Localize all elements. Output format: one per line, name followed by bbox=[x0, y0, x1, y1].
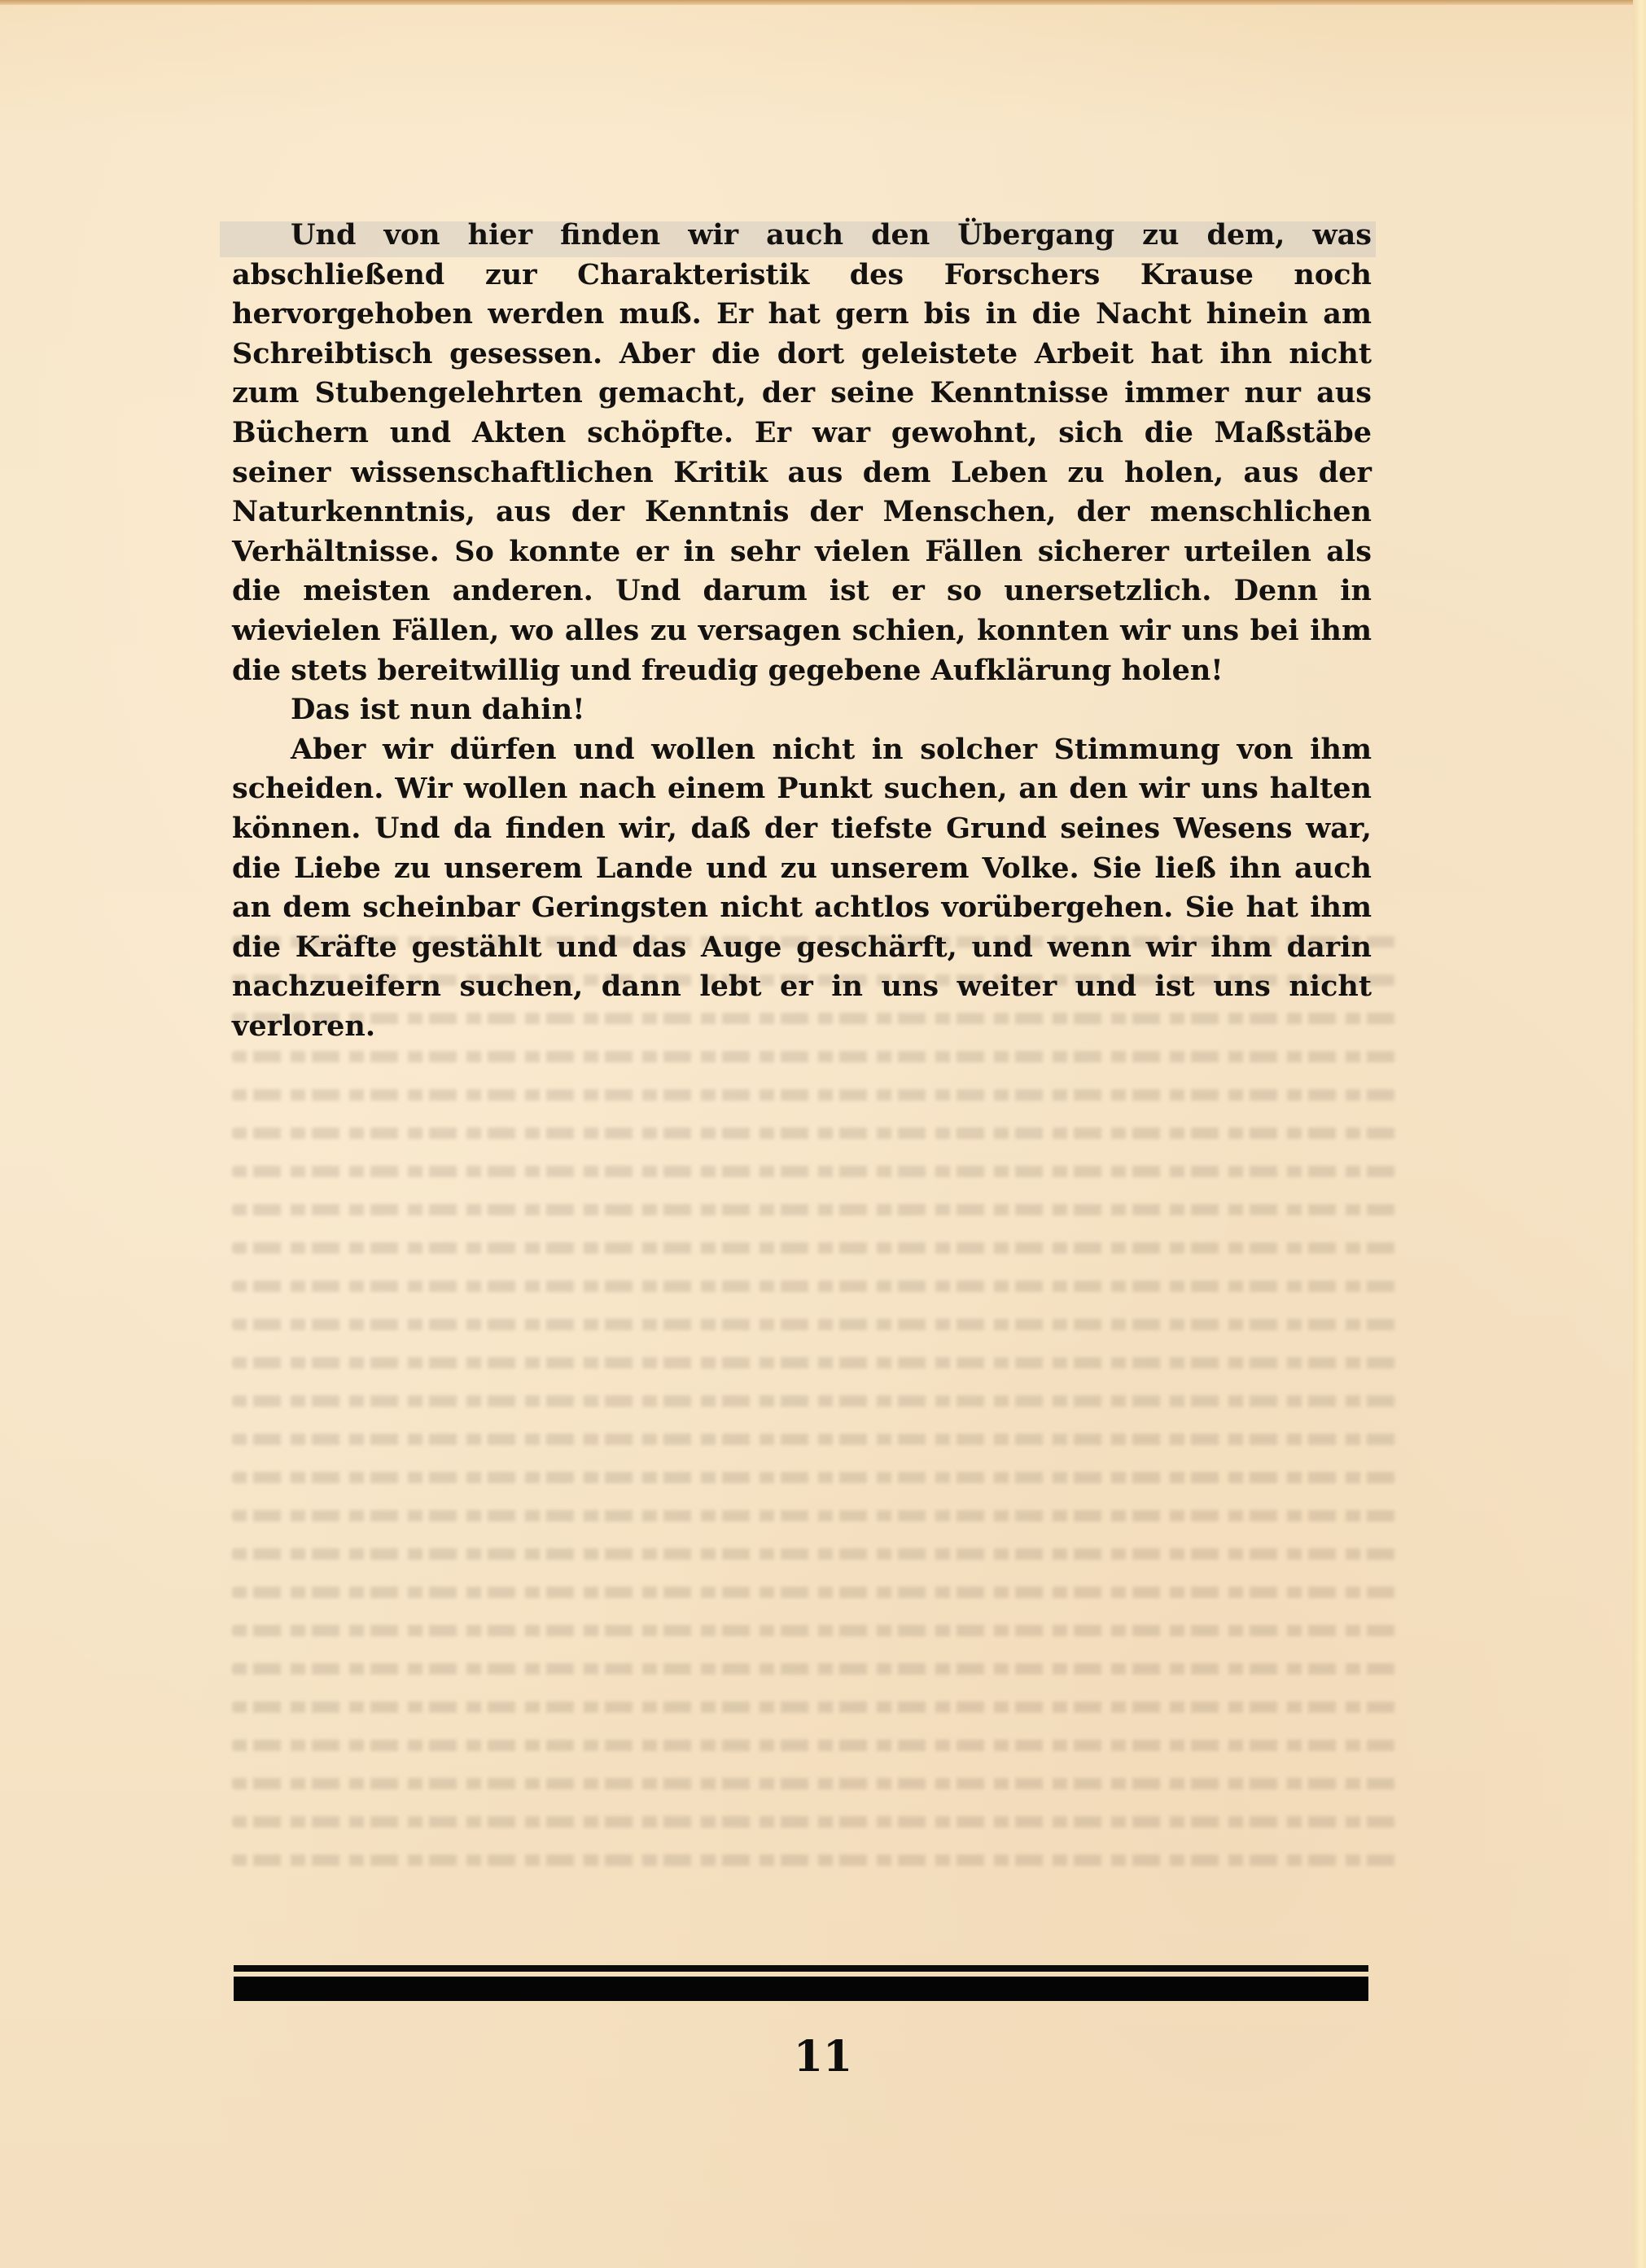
footer-rule-thin bbox=[234, 1965, 1368, 1972]
paragraph-1: Und von hier finden wir auch den Übergan… bbox=[232, 216, 1372, 690]
body-text: Und von hier finden wir auch den Übergan… bbox=[232, 216, 1372, 1046]
scanned-page: Und von hier finden wir auch den Übergan… bbox=[0, 0, 1646, 2268]
page-top-edge bbox=[0, 0, 1646, 5]
page-number: 11 bbox=[0, 2032, 1646, 2082]
reverse-side-show-through bbox=[232, 936, 1396, 1905]
paragraph-3: Aber wir dürfen und wollen nicht in solc… bbox=[232, 730, 1372, 1047]
footer-rule-thick bbox=[234, 1977, 1368, 2001]
page-right-edge bbox=[1633, 0, 1646, 2268]
paragraph-2: Das ist nun dahin! bbox=[232, 690, 1372, 730]
